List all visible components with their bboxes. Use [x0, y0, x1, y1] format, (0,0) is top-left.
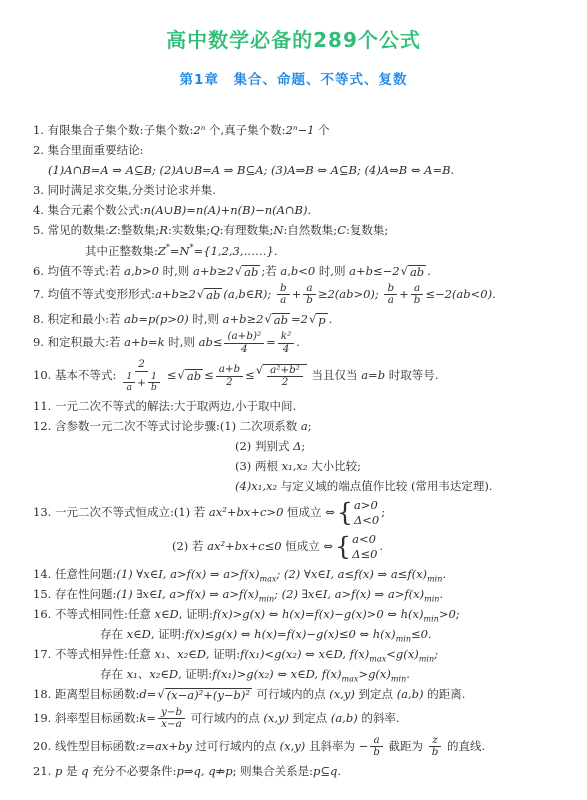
math-run: a: [306, 282, 312, 294]
text-run: 18. 距离型目标函数:: [33, 687, 139, 701]
math-subscript: max: [341, 675, 358, 684]
fraction-denominator: b: [148, 383, 160, 393]
math-run: >g(x): [358, 667, 390, 681]
radicand: ab: [185, 369, 203, 383]
radicand: a²+b²2: [263, 364, 307, 389]
math-run: b: [373, 746, 380, 758]
square-root: √ab: [197, 288, 223, 302]
text-run: ; 则集合关系是:: [233, 764, 313, 778]
math-subscript: max: [369, 655, 386, 664]
text-run: 12. 含参数一元二次不等式讨论步骤:(1) 二次项系数: [33, 419, 301, 433]
text-run: (2) 判别式: [235, 439, 293, 453]
math-run: p⊆q: [313, 764, 337, 778]
math-run: k=: [139, 711, 156, 725]
text-run: 与定义域的端点值作比较 (常用韦达定理).: [277, 479, 492, 493]
formula-line: 17. 不等式相异性:任意 x₁、x₂∈D, 证明:f(x₁)<g(x₂) ⇔ …: [0, 646, 587, 662]
text-run: 15. 存在性问题:: [33, 587, 116, 601]
formula-line: 15. 存在性问题:(1) ∃x∈I, a>f(x) ⇒ a>f(x)min; …: [0, 586, 587, 602]
math-run: k²: [281, 330, 291, 342]
text-run: .: [427, 264, 431, 278]
math-run: .: [439, 587, 443, 601]
formula-line: 21. p 是 q 充分不必要条件:p⇒q, q⇏p; 则集合关系是:p⊆q.: [0, 763, 587, 779]
fraction: (a+b)²4: [224, 331, 264, 355]
math-run: 2: [138, 358, 145, 370]
math-run: 2: [226, 376, 233, 388]
math-run: ax²+bx+c≤0: [207, 539, 281, 553]
formula-line: 20. 线性型目标函数:z=ax+by 过可行域内的点 (x,y) 且斜率为 −…: [0, 735, 587, 759]
math-run: <g(x): [386, 647, 418, 661]
formula-line: 其中正整数集:Z*=N*={1,2,3,……}.: [0, 243, 587, 259]
text-run: 是: [62, 764, 81, 778]
math-run: a: [301, 419, 308, 433]
fraction: ab: [411, 283, 424, 307]
fraction-denominator: 4: [238, 344, 251, 356]
fraction: 1a: [123, 372, 135, 394]
text-run: 时,则: [159, 264, 193, 278]
math-run: f(x)>g(x) ⇔ h(x)=f(x)−g(x)>0 ⇔ h(x): [213, 607, 424, 621]
text-run: 1. 有限集合子集个数:子集个数:: [33, 123, 193, 137]
fraction: ba: [384, 283, 397, 307]
math-run: ab: [187, 369, 201, 383]
math-run: .: [406, 667, 410, 681]
square-root: √p: [309, 313, 328, 327]
text-run: 16. 不等式相同性:任意: [33, 607, 154, 621]
text-run: 当且仅当: [308, 368, 361, 382]
formula-line: 存在 x₁、x₂∈D, 证明:f(x₁)>g(x₂) ⇔ x∈D, f(x)ma…: [0, 666, 587, 682]
formula-line: 13. 一元二次不等式恒成立:(1) 若 ax²+bx+c>0 恒成立 ⇔{a>…: [0, 498, 587, 528]
fraction: 1b: [148, 372, 160, 394]
text-run: 6. 均值不等式:若: [33, 264, 124, 278]
text-run: 4. 集合元素个数公式:: [33, 203, 144, 217]
fraction-denominator: 2: [279, 377, 292, 389]
text-run: 的斜率.: [358, 711, 400, 725]
text-run: 7. 均值不等式变形形式:: [33, 287, 155, 301]
formula-line: 5. 常见的数集:Z:整数集;R:实数集;Q:有理数集;N:自然数集;C:复数集…: [0, 222, 587, 238]
math-run: ≥2(ab>0);: [318, 287, 383, 301]
formula-list: 1. 有限集合子集个数:子集个数:2ⁿ 个,真子集个数:2ⁿ−1 个2. 集合里…: [0, 122, 587, 779]
radical-sign: √: [264, 313, 271, 326]
text-run: ;: [308, 419, 312, 433]
math-run: b: [151, 382, 157, 393]
math-run: =: [266, 335, 276, 349]
cases-group: {a<0Δ≤0: [335, 532, 377, 562]
fraction: ab: [370, 735, 383, 759]
formula-line: (2) 若 ax²+bx+c≤0 恒成立 ⇔{a<0Δ≤0.: [0, 532, 587, 562]
chapter-heading: 第1章 集合、命题、不等式、复数: [0, 68, 587, 88]
radicand: ab: [408, 265, 426, 279]
math-run: (1) ∀x∈I, a>f(x) ⇒ a>f(x): [116, 567, 259, 581]
math-run: >0;: [439, 607, 460, 621]
math-run: Z: [109, 223, 117, 237]
radicand: (x−a)²+(y−b)²: [165, 688, 252, 702]
fraction-denominator: a: [277, 295, 289, 307]
fraction-denominator: 2: [223, 377, 236, 389]
math-run: x₁、x₂∈D: [127, 667, 178, 681]
square-root: √a²+b²2: [256, 364, 307, 389]
math-subscript: max: [259, 574, 276, 583]
text-run: , 证明:: [206, 647, 240, 661]
math-subscript: min: [427, 574, 442, 583]
formula-line: 14. 任意性问题:(1) ∀x∈I, a>f(x) ⇒ a>f(x)max; …: [0, 566, 587, 582]
math-run: a>0: [354, 498, 378, 512]
math-run: b: [414, 294, 421, 306]
text-run: 恒成立: [283, 505, 325, 519]
math-run: Q: [210, 223, 219, 237]
text-run: :复数集;: [346, 223, 388, 237]
fraction: ba: [277, 283, 290, 307]
formula-line: 12. 含参数一元二次不等式讨论步骤:(1) 二次项系数 a;: [0, 418, 587, 434]
text-run: ;: [301, 439, 305, 453]
math-run: 2ⁿ: [193, 123, 205, 137]
formula-line: (3) 两根 x₁,x₂ 大小比较;: [0, 458, 587, 474]
text-run: 个,真子集个数:: [205, 123, 285, 137]
math-run: ab: [244, 265, 258, 279]
text-run: 14. 任意性问题:: [33, 567, 116, 581]
text-run: 时,则: [315, 264, 349, 278]
math-run: f(x₁)<g(x₂) ⇔ x∈D, f(x): [240, 647, 369, 661]
text-run: 8. 积定和最小:若: [33, 312, 124, 326]
text-run: .: [296, 335, 300, 349]
square-root: √ab: [178, 369, 204, 383]
fraction-denominator: b: [303, 295, 316, 307]
math-subscript: min: [259, 594, 274, 603]
text-run: 13. 一元二次不等式恒成立:(1) 若: [33, 505, 209, 519]
math-run: a+b≥2: [223, 312, 264, 326]
math-run: 4: [283, 343, 290, 355]
math-subscript: min: [419, 655, 434, 664]
text-run: 20. 线性型目标函数:: [33, 739, 139, 753]
math-run: ≤: [245, 368, 255, 382]
math-run: a: [127, 382, 133, 393]
formula-line: 1. 有限集合子集个数:子集个数:2ⁿ 个,真子集个数:2ⁿ−1 个: [0, 122, 587, 138]
math-run: +: [137, 377, 146, 389]
formula-line: (4)x₁,x₂ 与定义域的端点值作比较 (常用韦达定理).: [0, 478, 587, 494]
formula-line: 18. 距离型目标函数:d=√(x−a)²+(y−b)² 可行域内的点 (x,y…: [0, 686, 587, 702]
text-run: 19. 斜率型目标函数:: [33, 711, 139, 725]
fraction: 21a+1b: [118, 359, 165, 393]
math-run: (4)x₁,x₂: [235, 479, 277, 493]
math-run: ≤−2(ab<0).: [425, 287, 495, 301]
math-run: ⇔: [323, 539, 333, 553]
fraction-denominator: 4: [280, 344, 293, 356]
math-run: f(x₁)>g(x₂) ⇔ x∈D, f(x): [212, 667, 341, 681]
math-run: ;: [434, 647, 438, 661]
left-brace-icon: {: [335, 536, 351, 558]
fraction: y−bx−a: [158, 707, 185, 731]
math-run: a+b≥2: [155, 287, 196, 301]
text-run: :有理数集;: [220, 223, 274, 237]
formula-line: 11. 一元二次不等式的解法:大于取两边,小于取中间.: [0, 398, 587, 414]
math-run: ab: [206, 288, 220, 302]
formula-line: 16. 不等式相同性:任意 x∈D, 证明:f(x)>g(x) ⇔ h(x)=f…: [0, 606, 587, 622]
math-run: N: [273, 223, 283, 237]
text-run: 存在: [100, 667, 127, 681]
math-run: a,b>0: [124, 264, 159, 278]
math-run: ab: [410, 265, 424, 279]
math-subscript: min: [391, 675, 406, 684]
math-run: R: [159, 223, 168, 237]
math-run: 2ⁿ−1: [286, 123, 315, 137]
case-row: a<0: [352, 532, 377, 547]
radicand: ab: [242, 265, 260, 279]
text-run: :自然数集;: [283, 223, 337, 237]
left-brace-icon: {: [337, 502, 353, 524]
formula-line: 2. 集合里面重要结论:: [0, 142, 587, 158]
math-run: =2: [291, 312, 308, 326]
math-run: a: [280, 294, 286, 306]
math-run: n(A∪B)=n(A)+n(B)−n(A∩B).: [144, 203, 312, 217]
math-run: ={1,2,3,……}.: [194, 244, 278, 258]
math-run: a+b: [219, 363, 240, 375]
math-run: x∈D: [127, 627, 151, 641]
formula-line: 存在 x∈D, 证明:f(x)≤g(x) ⇔ h(x)=f(x)−g(x)≤0 …: [0, 626, 587, 642]
fraction-denominator: b: [429, 747, 442, 759]
fraction: ab: [303, 283, 316, 307]
math-run: a<0: [352, 532, 376, 546]
math-run: a²+b²: [270, 364, 300, 376]
math-subscript: min: [424, 594, 439, 603]
text-run: 恒成立: [282, 539, 324, 553]
text-run: 3. 同时满足求交集,分类讨论求并集.: [33, 183, 216, 197]
text-run: 大小比较;: [307, 459, 361, 473]
math-run: a: [388, 294, 394, 306]
math-run: q: [81, 764, 88, 778]
math-run: C: [337, 223, 346, 237]
fraction-denominator: a: [385, 295, 397, 307]
math-run: a+b≤−2: [349, 264, 399, 278]
math-run: Z: [158, 244, 166, 258]
math-run: −: [359, 739, 369, 753]
math-run: (a,b): [397, 687, 424, 701]
text-run: 10. 基本不等式:: [33, 368, 116, 382]
math-run: p: [318, 313, 325, 327]
text-run: 11. 一元二次不等式的解法:大于取两边,小于取中间.: [33, 399, 296, 413]
page-title: 高中数学必备的289个公式: [0, 0, 587, 53]
cases-column: a>0Δ<0: [354, 498, 379, 528]
text-run: 可行域内的点: [253, 687, 329, 701]
text-run: ;: [381, 505, 385, 519]
math-run: x₁、x₂∈D: [154, 647, 205, 661]
math-run: a=b: [361, 368, 385, 382]
square-root: √ab: [264, 313, 290, 327]
math-run: ; (2) ∃x∈I, a>f(x) ⇒ a>f(x): [274, 587, 424, 601]
math-run: a+b≥2: [193, 264, 234, 278]
math-run: (a,b): [331, 711, 358, 725]
math-run: a+b=k: [124, 335, 164, 349]
square-root: √(x−a)²+(y−b)²: [157, 688, 252, 702]
math-run: ; (2) ∀x∈I, a≤f(x) ⇒ a≤f(x): [276, 567, 427, 581]
math-run: 1: [126, 371, 132, 382]
text-run: 的直线.: [443, 739, 485, 753]
radical-sign: √: [235, 265, 242, 278]
math-run: (1)A∩B=A ⇒ A⊆B; (2)A∪B=A ⇒ B⊆A; (3)A⇒B ⇔…: [48, 163, 454, 177]
text-run: .: [329, 312, 333, 326]
fraction: zb: [429, 735, 442, 759]
fraction: a²+b²2: [267, 365, 303, 389]
math-run: ≤: [204, 368, 214, 382]
math-run: (1) ∃x∈I, a>f(x) ⇒ a>f(x): [116, 587, 258, 601]
math-run: y−b: [161, 706, 182, 718]
math-run: 4: [241, 343, 248, 355]
math-run: (x,y): [263, 711, 289, 725]
text-run: 时,则: [165, 335, 199, 349]
radical-sign: √: [309, 313, 316, 326]
math-run: x₁,x₂: [282, 459, 308, 473]
text-run: 时,则: [189, 312, 223, 326]
text-run: 可行域内的点: [187, 711, 263, 725]
case-row: Δ<0: [354, 513, 379, 528]
radical-sign: √: [256, 364, 263, 377]
formula-line: 10. 基本不等式:21a+1b≤√ab≤a+b2≤√a²+b²2 当且仅当 a…: [0, 359, 587, 393]
math-run: z=ax+by: [139, 739, 192, 753]
math-run: ab≤: [199, 335, 223, 349]
math-run: Δ<0: [354, 513, 379, 527]
text-run: .: [337, 764, 341, 778]
math-run: ax²+bx+c>0: [209, 505, 283, 519]
text-run: 的距离.: [424, 687, 466, 701]
square-root: √ab: [401, 265, 427, 279]
text-run: 到定点: [289, 711, 331, 725]
text-run: , 证明:: [151, 627, 185, 641]
cases-column: a<0Δ≤0: [352, 532, 377, 562]
radical-sign: √: [197, 288, 204, 301]
text-run: 个: [315, 123, 330, 137]
math-subscript: min: [423, 614, 438, 623]
fraction-denominator: a: [124, 383, 136, 393]
text-run: 时取等号.: [385, 368, 438, 382]
math-run: ab: [274, 313, 288, 327]
math-run: x∈D: [154, 607, 178, 621]
fraction-numerator: 2: [135, 359, 148, 372]
text-run: 17. 不等式相异性:任意: [33, 647, 154, 661]
text-run: (3) 两根: [235, 459, 282, 473]
math-run: ≤: [167, 368, 177, 382]
math-run: a: [373, 734, 379, 746]
text-run: 5. 常见的数集:: [33, 223, 109, 237]
math-run: .: [442, 567, 446, 581]
text-run: , 证明:: [179, 607, 213, 621]
fraction-denominator: 1a+1b: [118, 372, 165, 394]
math-run: +: [292, 287, 302, 301]
text-run: 其中正整数集:: [85, 244, 158, 258]
formula-line: 7. 均值不等式变形形式:a+b≥2√ab(a,b∈R); ba+ab≥2(ab…: [0, 283, 587, 307]
math-run: p⇒q, q⇏p: [177, 764, 233, 778]
fraction-denominator: x−a: [158, 719, 185, 731]
cases-group: {a>0Δ<0: [337, 498, 379, 528]
case-row: a>0: [354, 498, 379, 513]
fraction: a+b2: [216, 364, 243, 388]
case-row: Δ≤0: [352, 547, 377, 562]
radicand: ab: [272, 313, 290, 327]
text-run: .: [379, 539, 383, 553]
text-run: 截距为: [385, 739, 427, 753]
math-run: z: [432, 734, 437, 746]
formula-line: 9. 和定积最大:若 a+b=k 时,则 ab≤(a+b)²4=k²4.: [0, 331, 587, 355]
text-run: (2) 若: [172, 539, 207, 553]
square-root: √ab: [235, 265, 261, 279]
math-run: ab=p(p>0): [124, 312, 189, 326]
text-run: , 证明:: [178, 667, 212, 681]
math-run: (x,y): [280, 739, 306, 753]
math-run: 2: [282, 376, 289, 388]
fraction-denominator: b: [411, 295, 424, 307]
formula-line: 6. 均值不等式:若 a,b>0 时,则 a+b≥2√ab;若 a,b<0 时,…: [0, 263, 587, 279]
text-run: 充分不必要条件:: [89, 764, 177, 778]
radicand: ab: [204, 288, 222, 302]
text-run: 2. 集合里面重要结论:: [33, 143, 144, 157]
math-run: (x,y): [329, 687, 355, 701]
math-run: (x−a)²+(y−b)²: [167, 688, 250, 702]
radical-sign: √: [178, 369, 185, 382]
formula-line: 19. 斜率型目标函数:k=y−bx−a 可行域内的点 (x,y) 到定点 (a…: [0, 707, 587, 731]
text-run: ;若: [261, 264, 280, 278]
text-run: :实数集;: [168, 223, 210, 237]
math-run: b: [306, 294, 313, 306]
fraction: k²4: [278, 331, 294, 355]
text-run: 21.: [33, 764, 55, 778]
math-run: 1: [151, 371, 157, 382]
math-run: x−a: [161, 718, 182, 730]
formula-line: 3. 同时满足求交集,分类讨论求并集.: [0, 182, 587, 198]
math-run: b: [387, 282, 394, 294]
math-run: d=: [139, 687, 156, 701]
text-run: 且斜率为: [305, 739, 358, 753]
math-run: b: [432, 746, 439, 758]
text-run: 9. 和定积最大:若: [33, 335, 124, 349]
formula-line: (1)A∩B=A ⇒ A⊆B; (2)A∪B=A ⇒ B⊆A; (3)A⇒B ⇔…: [0, 162, 587, 178]
text-run: 存在: [100, 627, 127, 641]
formula-line: 8. 积定和最小:若 ab=p(p>0) 时,则 a+b≥2√ab=2√p.: [0, 311, 587, 327]
text-run: 到定点: [355, 687, 397, 701]
formula-line: (2) 判别式 Δ;: [0, 438, 587, 454]
math-run: b: [280, 282, 287, 294]
math-run: f(x)≤g(x) ⇔ h(x)=f(x)−g(x)≤0 ⇔ h(x): [185, 627, 396, 641]
radical-sign: √: [157, 688, 164, 701]
fraction-denominator: b: [370, 747, 383, 759]
radicand: p: [316, 313, 327, 327]
math-run: ⇔: [325, 505, 335, 519]
math-run: (a+b)²: [227, 330, 261, 342]
radical-sign: √: [401, 265, 408, 278]
math-run: +: [399, 287, 409, 301]
math-run: Δ≤0: [352, 547, 377, 561]
math-run: a: [414, 282, 420, 294]
math-run: a,b<0: [280, 264, 315, 278]
math-run: (a,b∈R);: [223, 287, 275, 301]
text-run: :整数集;: [117, 223, 159, 237]
formula-line: 4. 集合元素个数公式:n(A∪B)=n(A)+n(B)−n(A∩B).: [0, 202, 587, 218]
document-page: 高中数学必备的289个公式 第1章 集合、命题、不等式、复数 1. 有限集合子集…: [0, 0, 587, 800]
math-run: =N: [170, 244, 190, 258]
math-run: ≤0.: [411, 627, 432, 641]
text-run: 过可行域内的点: [192, 739, 280, 753]
math-subscript: min: [396, 634, 411, 643]
